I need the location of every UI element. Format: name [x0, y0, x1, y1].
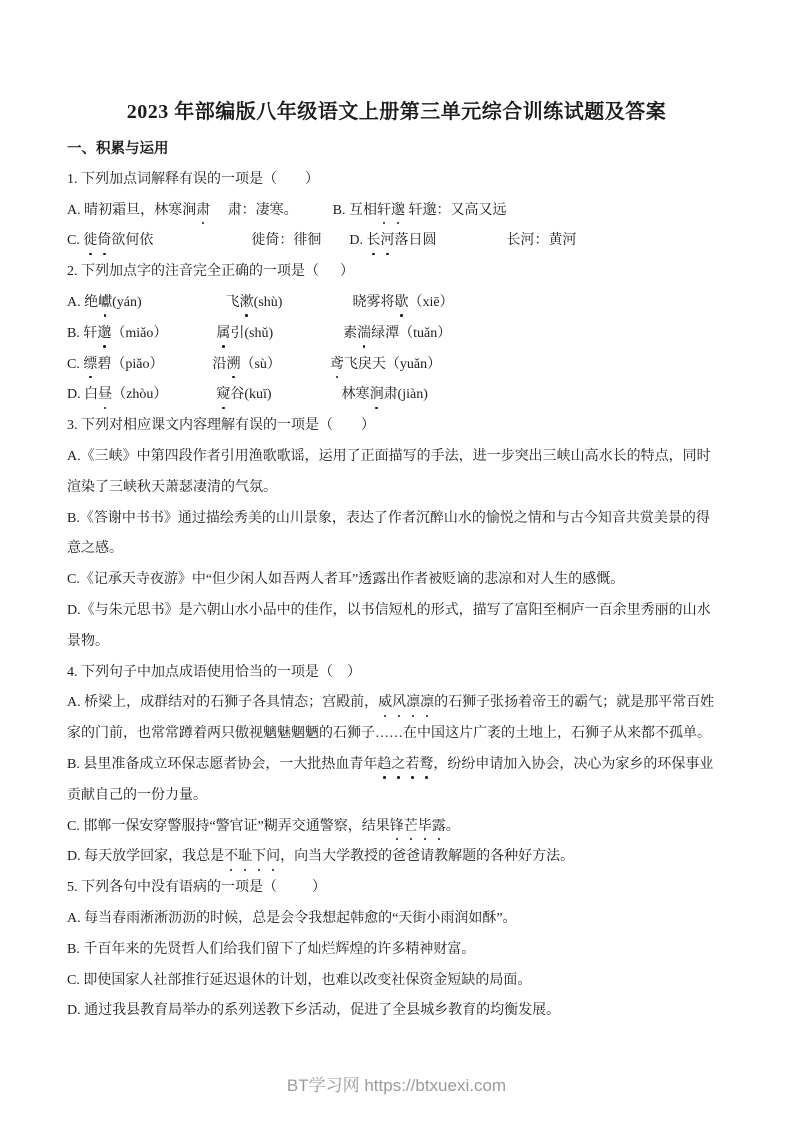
text-line: D. 通过我县教育局举办的系列送教下乡活动，促进了全县城乡教育的均衡发展。 [67, 996, 726, 1027]
page-title: 2023 年部编版八年级语文上册第三单元综合训练试题及答案 [0, 0, 793, 124]
emphasized-char: 芒 [404, 812, 418, 843]
emphasized-char: 风 [392, 688, 406, 719]
emphasized-char: 属 [216, 319, 230, 350]
emphasized-char: 窥 [216, 380, 230, 411]
text-line: 一、积累与运用 [67, 134, 726, 165]
emphasized-char: 倚 [97, 226, 111, 257]
watermark: BT学习网 https://btxuexi.com [0, 1071, 793, 1096]
emphasized-char: 巘 [98, 288, 112, 319]
text-line: C.《记承天寺夜游》中“但少闲人如吾两人者耳”透露出作者被贬谪的悲凉和对人生的感… [67, 565, 726, 596]
text-line: A. 绝巘(yán) 飞漱(shù) 晓雾将歇（xiē） [67, 288, 726, 319]
emphasized-char: 肃 [196, 196, 210, 227]
text-line: 意之感。 [67, 534, 726, 565]
emphasized-char: 涧 [370, 380, 384, 411]
emphasized-char: 趋 [377, 750, 391, 781]
text-line: B. 县里准备成立环保志愿者协会，一大批热血青年趋之若鹜，纷纷申请加入协会，决心… [67, 750, 726, 781]
text-line: A. 桥梁上，成群结对的石狮子各具情态；宫殿前，威风凛凛的石狮子张扬着帝王的霸气… [67, 688, 726, 719]
emphasized-char: 毕 [418, 812, 432, 843]
text-line: C. 即使国家人社部推行延迟退休的计划，也难以改变社保资金短缺的局面。 [67, 966, 726, 997]
emphasized-char: 昼 [98, 380, 112, 411]
emphasized-char: 之 [391, 750, 405, 781]
emphasized-char: 鹜 [419, 750, 433, 781]
emphasized-char: 问 [266, 842, 280, 873]
emphasized-char: 邈 [97, 319, 111, 350]
text-line: A. 每当春雨淅淅沥沥的时候，总是会令我想起韩愈的“天街小雨润如酥”。 [67, 904, 726, 935]
text-line: 1. 下列加点词解释有误的一项是（ ） [67, 165, 726, 196]
emphasized-char: 邈 [391, 196, 405, 227]
text-line: D. 每天放学回家，我总是不耻下问，向当大学教授的爸爸请教解题的各种好方法。 [67, 842, 726, 873]
emphasized-char: 歇 [394, 288, 408, 319]
text-line: C. 邯郸一保安穿警服持“警官证”糊弄交通警察，结果锋芒毕露。 [67, 812, 726, 843]
text-line: D.《与朱元思书》是六朝山水小品中的佳作，以书信短札的形式，描写了富阳至桐庐一百… [67, 596, 726, 627]
emphasized-char: 不 [224, 842, 238, 873]
emphasized-char: 鸢 [330, 350, 344, 381]
emphasized-char: 凛 [420, 688, 434, 719]
text-line: 渲染了三峡秋天萧瑟凄清的气氛。 [67, 473, 726, 504]
emphasized-char: 徙 [83, 226, 97, 257]
emphasized-char: 凛 [406, 688, 420, 719]
text-line: 3. 下列对相应课文内容理解有误的一项是（ ） [67, 411, 726, 442]
text-line: B. 千百年来的先贤哲人们给我们留下了灿烂辉煌的许多精神财富。 [67, 935, 726, 966]
text-line: A.《三峡》中第四段作者引用渔歌歌谣，运用了正面描写的手法，进一步突出三峡山高水… [67, 442, 726, 473]
emphasized-char: 耻 [238, 842, 252, 873]
text-line: 家的门前，也常常蹲着两只傲视魑魅魍魉的石狮子……在中国这片广袤的土地上，石狮子从… [67, 719, 726, 750]
question-lines: 一、积累与运用1. 下列加点词解释有误的一项是（ ）A. 晴初霜旦，林寒涧肃 肃… [67, 134, 726, 1027]
text-line: C. 缥碧（piǎo） 沿溯（sù） 鸢飞戾天（yuǎn） [67, 350, 726, 381]
document-page: 2023 年部编版八年级语文上册第三单元综合训练试题及答案 一、积累与运用1. … [0, 0, 793, 1122]
text-line: 贡献自己的一份力量。 [67, 781, 726, 812]
text-line: B. 轩邈（miǎo） 属引(shǔ) 素湍绿潭（tuǎn） [67, 319, 726, 350]
emphasized-char: 湍 [357, 319, 371, 350]
emphasized-char: 漱 [240, 288, 254, 319]
emphasized-char: 露 [432, 812, 446, 843]
emphasized-char: 威 [378, 688, 392, 719]
emphasized-char: 锋 [390, 812, 404, 843]
emphasized-char: 长 [366, 226, 380, 257]
text-line: 2. 下列加点字的注音完全正确的一项是（ ） [67, 257, 726, 288]
emphasized-char: 溯 [226, 350, 240, 381]
emphasized-char: 轩 [377, 196, 391, 227]
text-line: 景物。 [67, 627, 726, 658]
text-line: 5. 下列各句中没有语病的一项是（ ） [67, 873, 726, 904]
emphasized-char: 河 [380, 226, 394, 257]
text-line: D. 白昼（zhòu） 窥谷(kuī) 林寒涧肃(jiàn) [67, 380, 726, 411]
text-line: A. 晴初霜旦，林寒涧肃 肃：凄寒。 B. 互相轩邈 轩邈：又高又远 [67, 196, 726, 227]
text-line: C. 徙倚欲何依 徙倚：徘徊 D. 长河落日圆 长河：黄河 [67, 226, 726, 257]
text-line: B.《答谢中书书》通过描绘秀美的山川景象，表达了作者沉醉山水的愉悦之情和与古今知… [67, 504, 726, 535]
emphasized-char: 缥 [83, 350, 97, 381]
text-line: 4. 下列句子中加点成语使用恰当的一项是（ ） [67, 658, 726, 689]
emphasized-char: 下 [252, 842, 266, 873]
emphasized-char: 若 [405, 750, 419, 781]
